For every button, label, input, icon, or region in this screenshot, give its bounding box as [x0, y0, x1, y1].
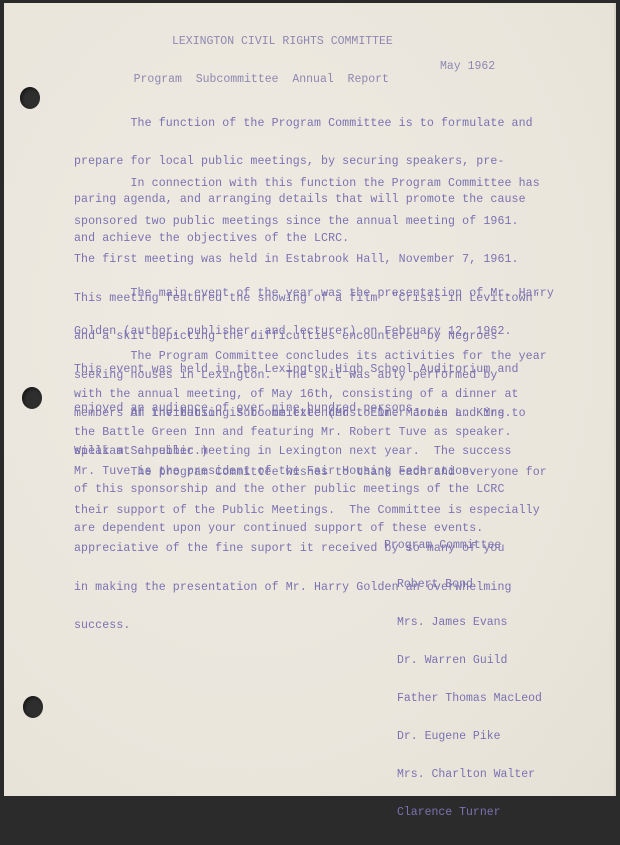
text-line: The function of the Program Committee is…: [74, 118, 533, 131]
text-line: The Program Committee concludes its acti…: [74, 351, 547, 364]
text-line: In connection with this function the Pro…: [74, 178, 540, 191]
document-page: LEXINGTON CIVIL RIGHTS COMMITTEE Program…: [4, 3, 616, 796]
committee-member: Father Thomas MacLeod: [384, 693, 542, 706]
punch-hole-top: [20, 87, 40, 109]
report-date: May 1962: [440, 60, 495, 73]
punch-hole-bottom: [23, 696, 43, 718]
text-line: sponsored two public meetings since the …: [74, 216, 540, 229]
text-line: The program Committee wishes to thank ea…: [74, 467, 547, 480]
committee-member: Mrs. Charlton Walter: [384, 769, 542, 782]
signature-heading: Program Committee: [384, 540, 542, 553]
committee-member: Dr. Warren Guild: [384, 655, 542, 668]
committee-member: Robert Bond: [384, 579, 542, 592]
signature-block: Program Committee Robert Bond Mrs. James…: [384, 515, 542, 800]
punch-hole-middle: [22, 387, 42, 409]
text-line: An invitation is to be extended to Dr. M…: [74, 408, 526, 421]
text-line: The main event of the year was the prese…: [74, 288, 554, 301]
committee-member: Dr. Eugene Pike: [384, 731, 542, 744]
organization-heading: LEXINGTON CIVIL RIGHTS COMMITTEE: [172, 35, 393, 48]
report-title: Program Subcommittee Annual Report: [134, 73, 389, 86]
committee-member: Mrs. James Evans: [384, 617, 542, 630]
